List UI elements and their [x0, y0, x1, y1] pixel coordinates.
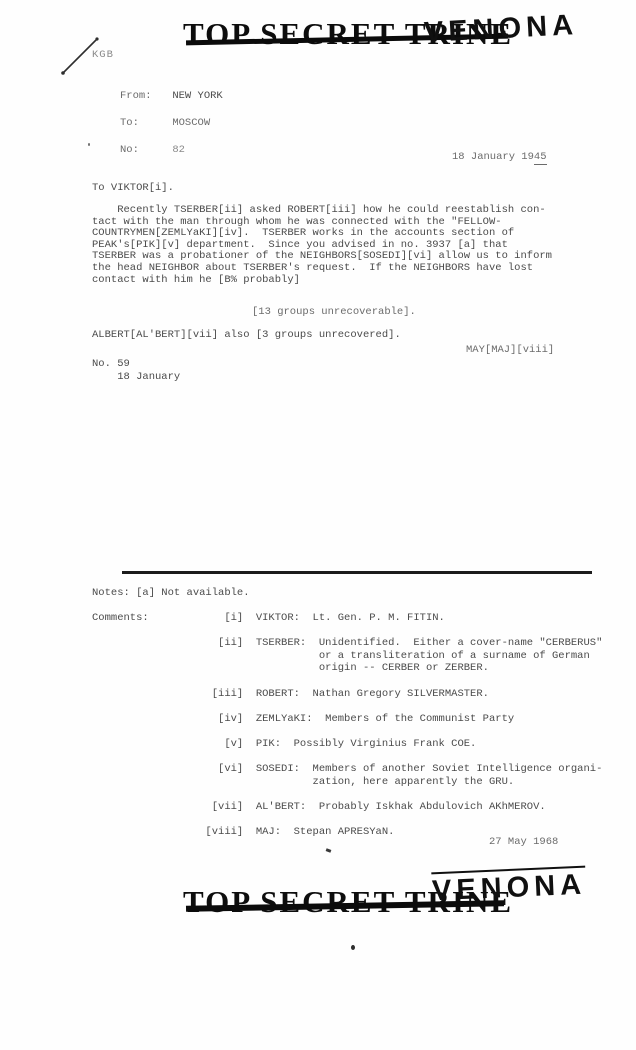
no-value: 82: [172, 144, 185, 156]
comments-block: Comments: [i] VIKTOR: Lt. Gen. P. M. FIT…: [92, 612, 602, 839]
message-date-year-underlined: 45: [534, 151, 547, 165]
venona-overstamp-bottom: VENONA: [431, 866, 587, 909]
to-value: MOSCOW: [172, 117, 210, 129]
message-date: 18 January 1945: [452, 151, 547, 163]
ink-speck: [351, 945, 355, 950]
from-row: From: NEW YORK: [120, 90, 223, 102]
venona-overstamp: VENONA: [423, 9, 579, 50]
release-date: 27 May 1968: [489, 836, 558, 848]
internal-number-block: No. 59 18 January: [92, 358, 180, 384]
from-label: From:: [120, 90, 166, 102]
to-label: To:: [120, 117, 166, 129]
from-value: NEW YORK: [172, 90, 222, 102]
notes-line: Notes: [a] Not available.: [92, 587, 250, 599]
albert-line: ALBERT[AL'BERT][vii] also [3 groups unre…: [92, 329, 401, 341]
ink-speck: [326, 848, 332, 853]
agency-label: KGB: [92, 49, 114, 61]
message-date-prefix: 18 January 19: [452, 151, 534, 163]
salutation-line: To VIKTOR[i].: [92, 182, 174, 194]
to-row: To: MOSCOW: [120, 117, 210, 129]
message-paragraph: Recently TSERBER[ii] asked ROBERT[iii] h…: [92, 205, 552, 286]
no-row: No: 82: [120, 144, 185, 156]
no-label: No:: [120, 144, 166, 156]
ink-speck: [88, 143, 90, 146]
unrecoverable-groups-line: [13 groups unrecoverable].: [252, 306, 416, 318]
document-page: TOP SECRET TRINE VENONA KGB From: NEW YO…: [0, 0, 636, 1050]
signature-line: MAY[MAJ][viii]: [466, 344, 554, 356]
section-divider-rule: [122, 571, 592, 574]
